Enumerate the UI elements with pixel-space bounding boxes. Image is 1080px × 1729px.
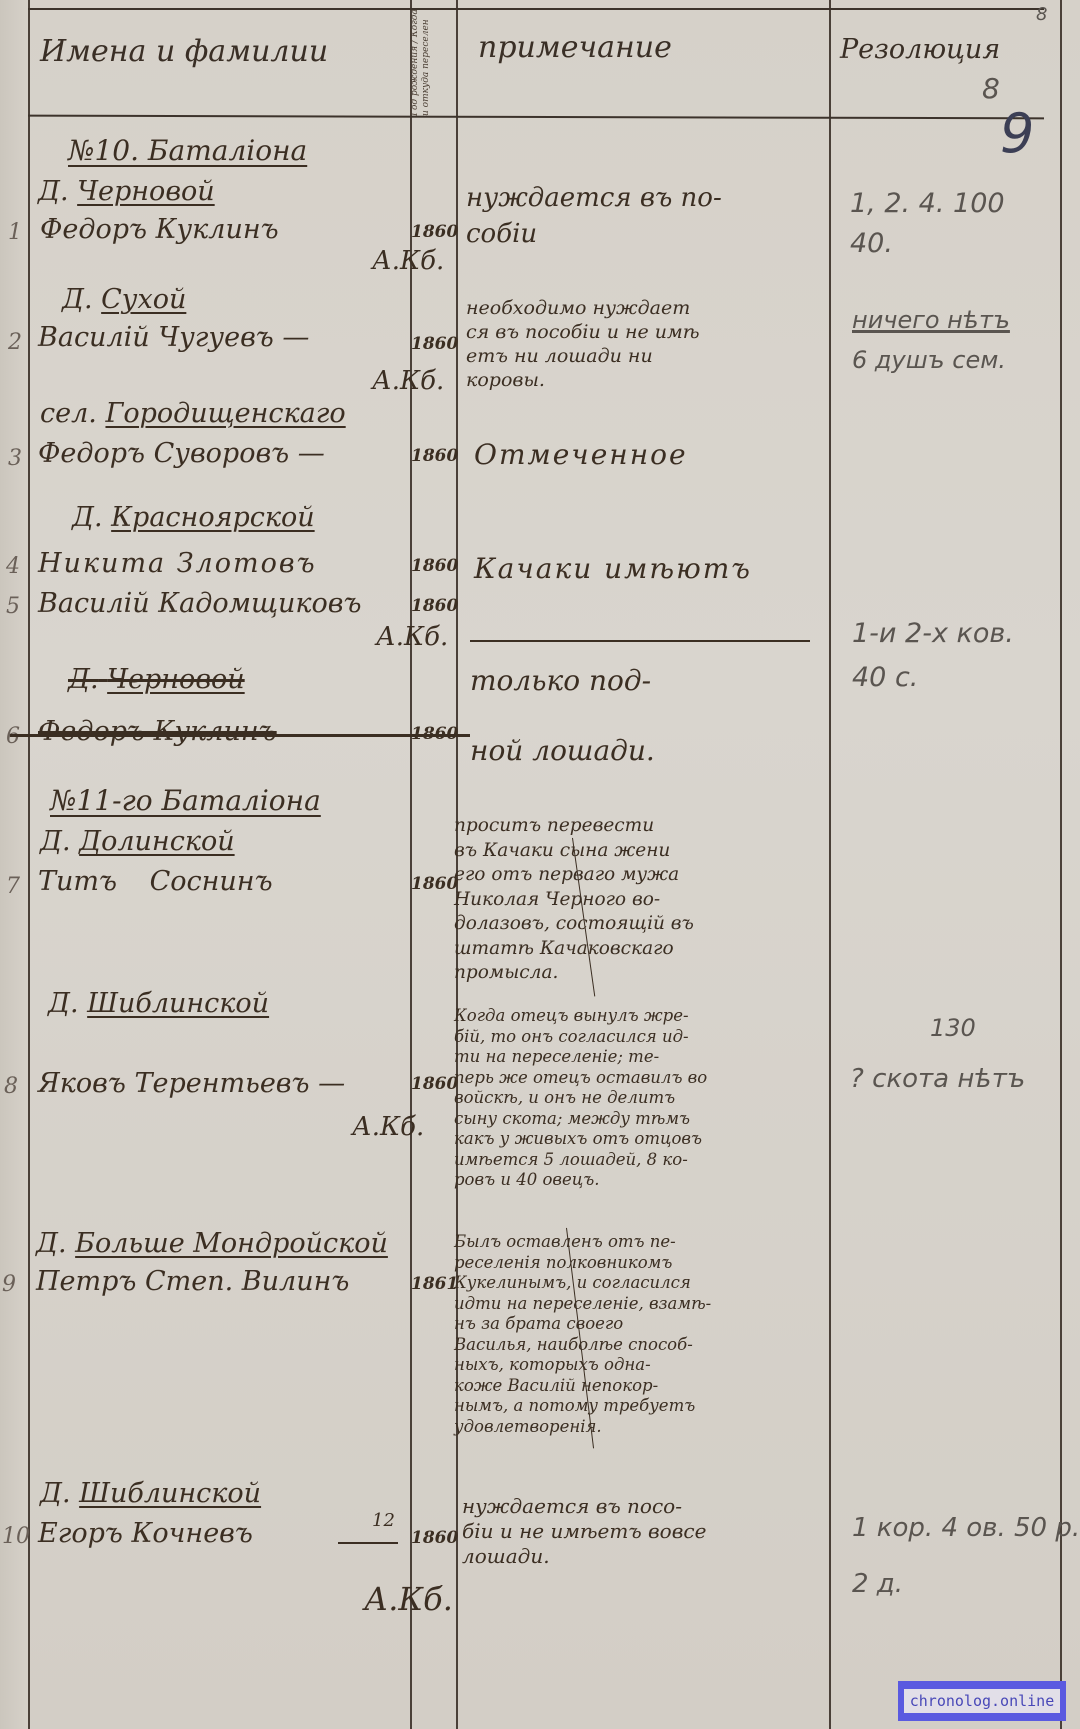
birth-year: 1860: [411, 222, 458, 242]
village-prefix: Д.: [40, 1478, 71, 1509]
village-name: Красноярской: [111, 502, 315, 533]
resolution-text: ? скота нѣтъ: [850, 1064, 1025, 1094]
battalion-heading: №10. Баталіона: [68, 134, 307, 167]
page-number-pencil: 8: [982, 72, 1000, 105]
page-number-small: 8: [1036, 4, 1047, 25]
village-label: Д. Долинской: [40, 826, 235, 857]
entry-number: 9: [2, 1272, 16, 1297]
village-name: Черновой: [77, 176, 215, 207]
column-divider-remarks: [829, 0, 831, 1729]
birth-year: 1861: [411, 1274, 458, 1294]
village-prefix: Д.: [72, 502, 103, 533]
resolution-text: ничего нѣтъ 6 душъ сем.: [852, 300, 1010, 380]
entry-number: 8: [4, 1074, 18, 1099]
remark-text: Отмеченное: [474, 438, 688, 471]
entry-number: 1: [8, 220, 22, 245]
entry-number: 3: [8, 446, 22, 471]
dash-line: [338, 1542, 398, 1544]
resolution-text: 130: [930, 1014, 976, 1042]
watermark-text: chronolog.online: [904, 1689, 1061, 1713]
village-prefix: Д.: [48, 988, 79, 1019]
paper-left-edge: [0, 0, 28, 1729]
strike-line: [10, 734, 470, 737]
person-name: Федоръ Суворовъ —: [38, 438, 325, 469]
abbreviation-mark: А.Кб.: [352, 1112, 424, 1142]
village-prefix: Д.: [62, 284, 93, 315]
village-prefix: Д.: [38, 176, 69, 207]
person-name: Титъ Соснинъ: [38, 866, 273, 897]
remark-text: проситъ перевести въ Качаки сына жени ег…: [454, 814, 824, 986]
birth-year: 1860: [411, 596, 458, 616]
header-remarks: примечание: [478, 30, 672, 65]
abbreviation-mark: А.Кб.: [372, 246, 444, 276]
abbreviation-mark: А.Кб.: [376, 622, 448, 652]
remark-text: Качаки имѣютъ: [474, 552, 752, 585]
person-name: Петръ Степ. Вилинъ: [36, 1266, 349, 1297]
village-label: Д. Черновой: [38, 176, 215, 207]
village-prefix: Д.: [36, 1228, 67, 1259]
remark-text: нуждается въ по- собіи: [466, 180, 836, 252]
person-name: Федоръ Куклинъ: [40, 214, 279, 245]
village-prefix: Д.: [68, 664, 99, 695]
village-name: Больше Мондройской: [75, 1228, 388, 1259]
header-bottom-border: [28, 115, 1044, 120]
entry-number: 4: [6, 554, 20, 579]
village-label: Д. Красноярской: [72, 502, 315, 533]
resolution-text: 1, 2. 4. 100 40.: [850, 184, 1005, 264]
remark-text: необходимо нуждает ся въ пособіи и не им…: [466, 296, 836, 392]
page-number-blue: 9: [1000, 102, 1034, 165]
village-prefix: сел.: [40, 398, 97, 429]
remark-text: Когда отецъ вынулъ жре- бій, то онъ согл…: [454, 1006, 824, 1191]
table-top-border: [28, 8, 1044, 10]
village-name: Сухой: [101, 284, 186, 315]
resolution-text: 1 кор. 4 ов. 50 р. 2 д.: [852, 1500, 1080, 1612]
village-label: Д. Шиблинской: [48, 988, 269, 1019]
header-year: Год рождения / Когда и откуда переселен: [410, 8, 460, 116]
village-label: Д. Больше Мондройской: [36, 1228, 388, 1259]
village-label: Д. Сухой: [62, 284, 186, 315]
watermark-badge: chronolog.online: [898, 1681, 1066, 1721]
remark-text: нуждается въ посо- біи и не имѣетъ вовсе…: [462, 1494, 832, 1569]
village-name: Черновой: [107, 664, 245, 695]
age-mark: 12: [372, 1510, 395, 1531]
strike-line: [470, 640, 810, 642]
village-label: сел. Городищенскаго: [40, 398, 346, 429]
column-divider-right: [1060, 0, 1062, 1729]
entry-number: 2: [8, 330, 22, 355]
village-prefix: Д.: [40, 826, 71, 857]
birth-year: 1860: [411, 334, 458, 354]
birth-year: 1860: [411, 1528, 458, 1548]
entry-number: 7: [6, 874, 20, 899]
birth-year: 1860: [411, 556, 458, 576]
village-label: Д. Шиблинской: [40, 1478, 261, 1509]
battalion-heading: №11-го Баталіона: [50, 784, 321, 817]
person-name: Егоръ Кочневъ: [38, 1518, 253, 1549]
header-resolution: Резолюция: [840, 34, 1000, 65]
birth-year: 1860: [411, 874, 458, 894]
person-name: Никита Злотовъ: [38, 548, 317, 579]
village-name: Шиблинской: [87, 988, 269, 1019]
birth-year: 1860: [411, 446, 458, 466]
person-name: Василій Кадомщиковъ: [38, 588, 362, 619]
header-names: Имена и фамилии: [40, 34, 328, 69]
resolution-text: 1-и 2-х ков. 40 с.: [852, 612, 1014, 700]
village-name: Городищенскаго: [105, 398, 345, 429]
person-name: Яковъ Терентьевъ —: [38, 1068, 345, 1099]
column-divider-left: [28, 0, 30, 1729]
birth-year: 1860: [411, 1074, 458, 1094]
entry-number: 10: [2, 1524, 30, 1549]
person-name: Василій Чугуевъ —: [38, 322, 309, 353]
entry-number: 5: [6, 594, 20, 619]
remark-text: только под- ной лошади.: [470, 646, 655, 786]
village-label-struck: Д. Черновой: [68, 664, 245, 695]
remark-text: Былъ оставленъ отъ пе- реселенія полковн…: [454, 1232, 824, 1437]
abbreviation-mark: А.Кб.: [372, 366, 444, 396]
abbreviation-mark: А.Кб.: [364, 1580, 453, 1618]
village-name: Шиблинской: [79, 1478, 261, 1509]
village-name: Долинской: [79, 826, 234, 857]
person-name-struck: Федоръ Куклинъ: [38, 716, 277, 747]
